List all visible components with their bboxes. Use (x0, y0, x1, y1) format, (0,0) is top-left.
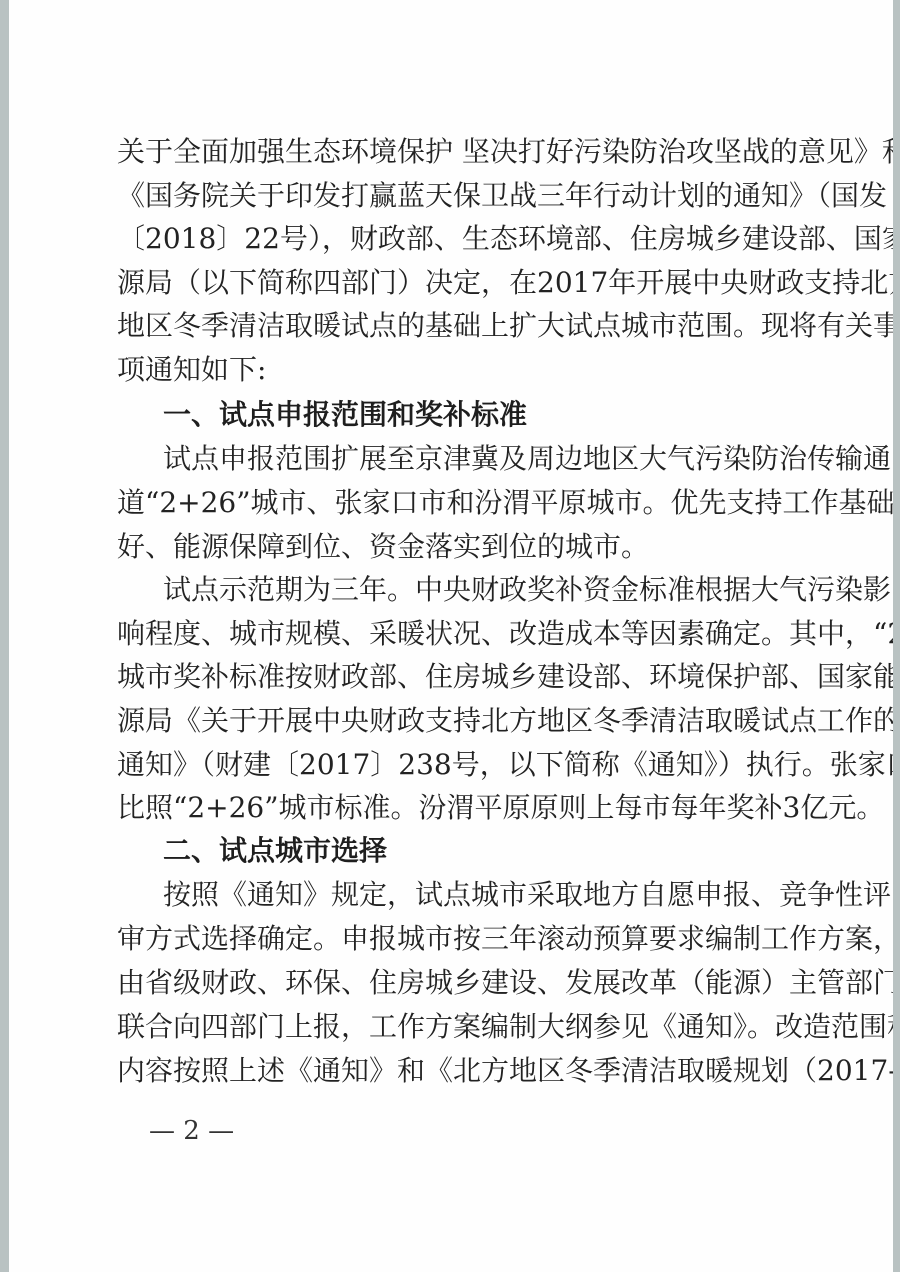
paragraph-first-line: 试点示范期为三年。中央财政奖补资金标准根据大气污染影 (163, 572, 795, 608)
body-line: 比照“2+26”城市标准。汾渭平原原则上每市每年奖补3亿元。 (117, 790, 795, 826)
body-line: 源局（以下简称四部门）决定，在2017年开展中央财政支持北方 (117, 265, 795, 301)
document-page: 关于全面加强生态环境保护 坚决打好污染防治攻坚战的意见》和 《国务院关于印发打赢… (9, 0, 893, 1272)
body-line: 地区冬季清洁取暖试点的基础上扩大试点城市范围。现将有关事 (117, 308, 795, 344)
scan-edge-right (893, 0, 900, 1272)
scan-edge-left (0, 0, 9, 1272)
body-line: 通知》（财建〔2017〕238号，以下简称《通知》）执行。张家口市 (117, 747, 795, 783)
body-line: 道“2+26”城市、张家口市和汾渭平原城市。优先支持工作基础 (117, 485, 795, 521)
section-heading-2: 二、试点城市选择 (163, 833, 387, 869)
body-line: 源局《关于开展中央财政支持北方地区冬季清洁取暖试点工作的 (117, 703, 795, 739)
body-line: 审方式选择确定。申报城市按三年滚动预算要求编制工作方案， (117, 921, 795, 957)
body-line: 联合向四部门上报，工作方案编制大纲参见《通知》。改造范围和 (117, 1009, 795, 1045)
body-line: 〔2018〕22号），财政部、生态环境部、住房城乡建设部、国家能 (117, 221, 795, 257)
body-line: 《国务院关于印发打赢蓝天保卫战三年行动计划的通知》（国发 (117, 178, 795, 214)
body-line: 由省级财政、环保、住房城乡建设、发展改革（能源）主管部门 (117, 965, 795, 1001)
body-line: 城市奖补标准按财政部、住房城乡建设部、环境保护部、国家能 (117, 659, 795, 695)
page-number: — 2 — (149, 1113, 234, 1149)
body-line: 内容按照上述《通知》和《北方地区冬季清洁取暖规划（2017-2021 (117, 1053, 795, 1089)
section-heading-1: 一、试点申报范围和奖补标准 (163, 397, 527, 433)
body-line: 项通知如下: (117, 352, 795, 388)
paragraph-first-line: 试点申报范围扩展至京津冀及周边地区大气污染防治传输通 (163, 441, 795, 477)
paragraph-first-line: 按照《通知》规定，试点城市采取地方自愿申报、竞争性评 (163, 877, 795, 913)
body-line: 关于全面加强生态环境保护 坚决打好污染防治攻坚战的意见》和 (117, 134, 795, 170)
body-line: 响程度、城市规模、采暖状况、改造成本等因素确定。其中，“2+26” (117, 616, 795, 652)
body-line: 好、能源保障到位、资金落实到位的城市。 (117, 529, 795, 565)
